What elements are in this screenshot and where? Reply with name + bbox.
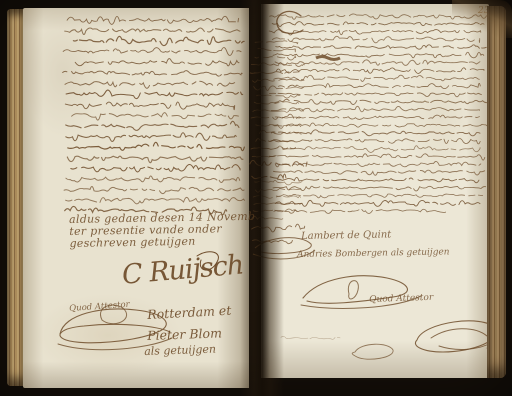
faint-marginal-line: [279, 330, 359, 344]
handwriting-line: [256, 189, 301, 193]
handwriting-line: [255, 56, 296, 60]
handwriting-line: [66, 176, 240, 182]
handwriting-line: [63, 48, 241, 56]
handwriting-line: [281, 336, 340, 339]
manuscript-right-page: 23 Lambert de Quint Andries Bombergen al…: [261, 4, 489, 378]
handwriting-line: [272, 22, 484, 27]
handwriting-line: [64, 186, 244, 193]
handwriting-line: [251, 63, 304, 67]
witness-name-line-1: Lambert de Quint: [301, 230, 391, 242]
handwriting-line: [63, 71, 243, 77]
signature-pieter-blom: Pieter Blom: [147, 327, 222, 342]
handwriting-line: [67, 156, 243, 163]
handwriting-line: [255, 180, 303, 185]
handwriting-line: [253, 79, 304, 82]
handwriting-line: [252, 224, 305, 232]
handwriting-line: [256, 125, 301, 129]
margin-notes-block-1: [249, 34, 313, 160]
handwriting-line: [253, 109, 303, 113]
manuscript-left-page: aldus gedaen desen 14 Novemb ter present…: [23, 8, 249, 388]
handwriting-line: [66, 133, 236, 142]
handwriting-line: [66, 121, 239, 130]
handwriting-line: [256, 139, 294, 142]
handwriting-line: [65, 81, 235, 88]
handwriting-line: [66, 197, 245, 203]
fore-edge-pages: [487, 6, 506, 378]
handwriting-line: [250, 160, 307, 166]
crossed-out-word: [316, 57, 340, 60]
handwriting-line: [270, 14, 487, 19]
handwriting-line: [254, 203, 302, 204]
handwriting-line: [259, 130, 301, 134]
handwriting-line: [72, 113, 239, 120]
small-oval-flourish: [349, 340, 399, 362]
handwriting-line: [250, 72, 299, 74]
handwriting-line: [66, 90, 243, 99]
handwriting-line: [65, 28, 240, 35]
manuscript-photo: aldus gedaen desen 14 Novemb ter present…: [0, 0, 512, 396]
handwriting-line: [255, 41, 298, 44]
handwriting-line: [254, 102, 298, 104]
handwriting-line: [251, 147, 295, 149]
handwriting-line: [253, 209, 297, 212]
handwriting-line: [253, 196, 300, 199]
handwriting-line: [251, 117, 301, 119]
handwriting-line: [254, 86, 304, 91]
handwriting-line: [65, 102, 234, 110]
handwriting-line: [73, 36, 244, 45]
handwriting-line: [71, 165, 240, 172]
handwriting-line: [257, 95, 301, 98]
handwriting-line: [67, 16, 239, 24]
handwriting-line: [253, 240, 293, 244]
closing-formula: aldus gedaen desen 14 Novemb ter present…: [69, 211, 256, 250]
witness-role-label: als getuijgen: [144, 343, 216, 357]
handwriting-line: [258, 49, 295, 52]
handwriting-line: [75, 59, 239, 66]
handwriting-line: [68, 142, 245, 150]
